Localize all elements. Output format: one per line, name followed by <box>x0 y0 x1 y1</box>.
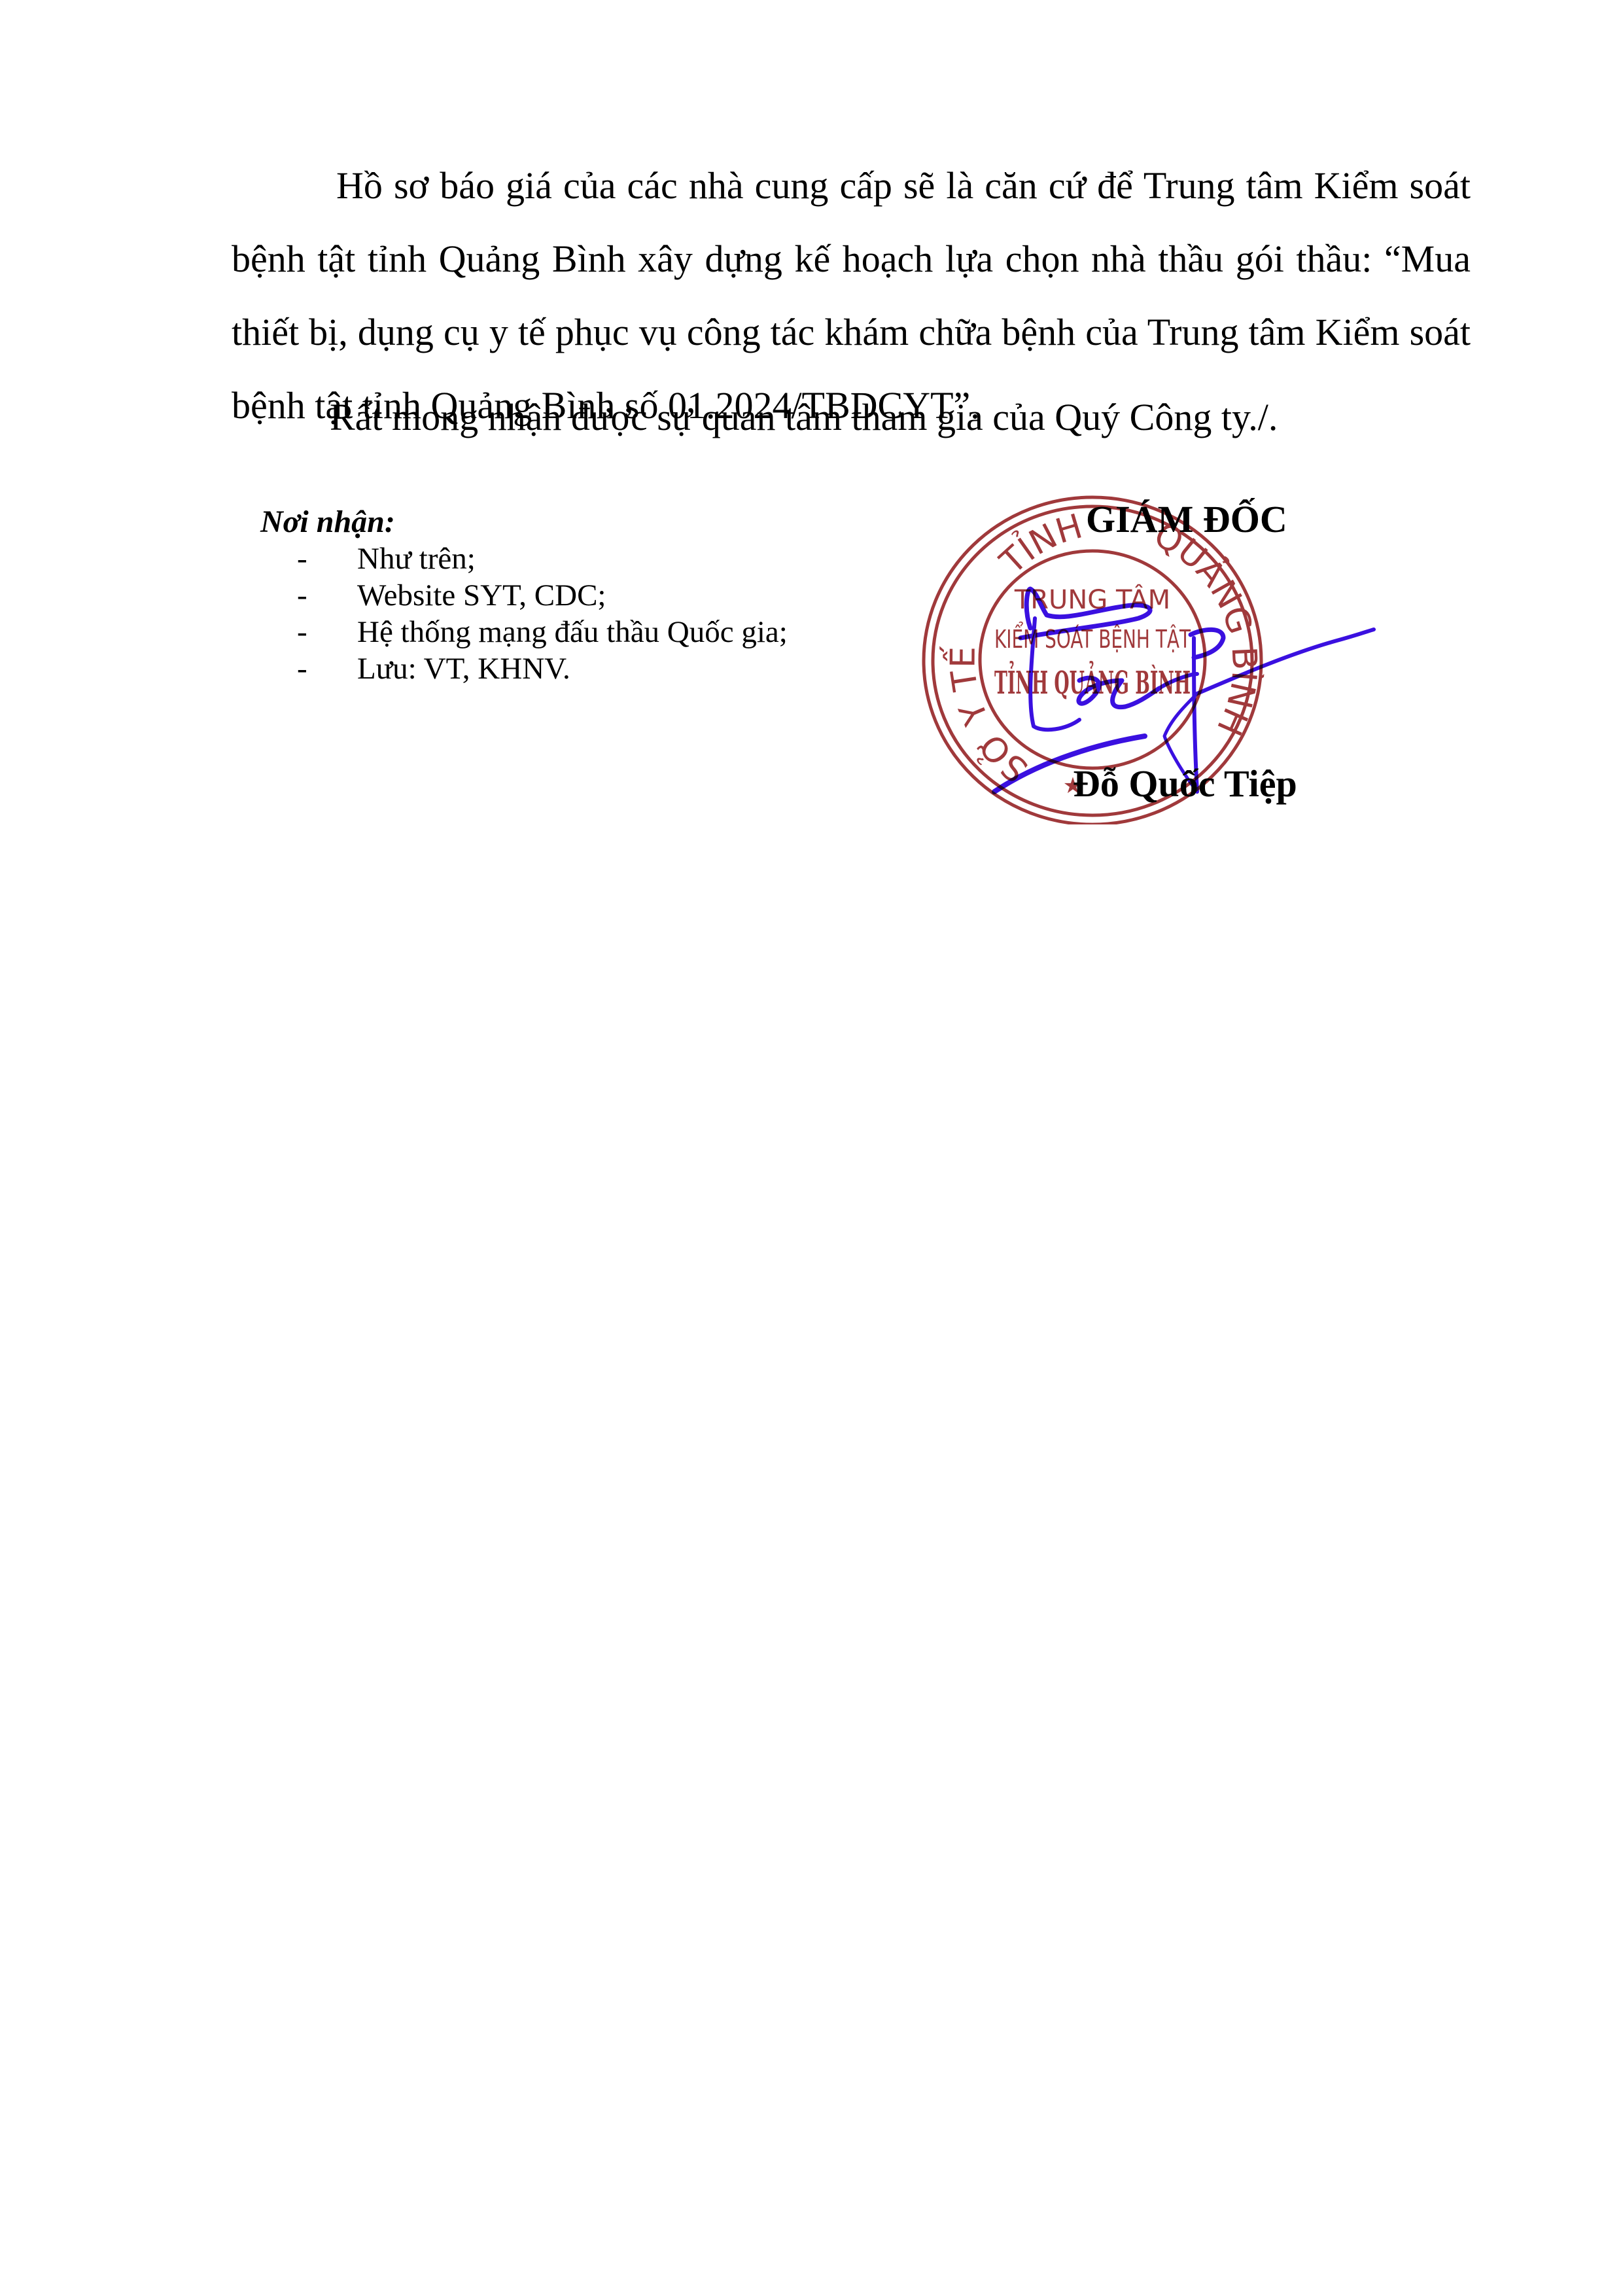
recipients-list: - Như trên; - Website SYT, CDC; - Hệ thố… <box>260 540 788 687</box>
signature-block: GIÁM ĐỐC Đỗ Quốc Tiệp SỞ Y TẾ TỈNH <box>916 484 1518 824</box>
list-bullet: - <box>297 540 307 577</box>
handwritten-signature-icon <box>916 484 1518 824</box>
recipient-item: - Như trên; <box>260 540 788 577</box>
recipient-item: - Hệ thống mạng đấu thầu Quốc gia; <box>260 614 788 650</box>
recipient-label: Lưu: VT, KHNV. <box>357 652 570 686</box>
list-bullet: - <box>297 577 307 614</box>
list-bullet: - <box>297 650 307 687</box>
list-bullet: - <box>297 614 307 650</box>
closing-sentence: Rất mong nhận được sự quan tâm tham gia … <box>330 391 1278 444</box>
recipients-block: Nơi nhận: - Như trên; - Website SYT, CDC… <box>260 504 788 687</box>
recipient-item: - Website SYT, CDC; <box>260 577 788 614</box>
recipient-item: - Lưu: VT, KHNV. <box>260 650 788 687</box>
recipient-label: Website SYT, CDC; <box>357 578 606 612</box>
recipients-title: Nơi nhận: <box>260 504 788 540</box>
document-page: Hồ sơ báo giá của các nhà cung cấp sẽ là… <box>0 0 1623 2296</box>
recipient-label: Hệ thống mạng đấu thầu Quốc gia; <box>357 615 788 649</box>
recipient-label: Như trên; <box>357 542 476 576</box>
